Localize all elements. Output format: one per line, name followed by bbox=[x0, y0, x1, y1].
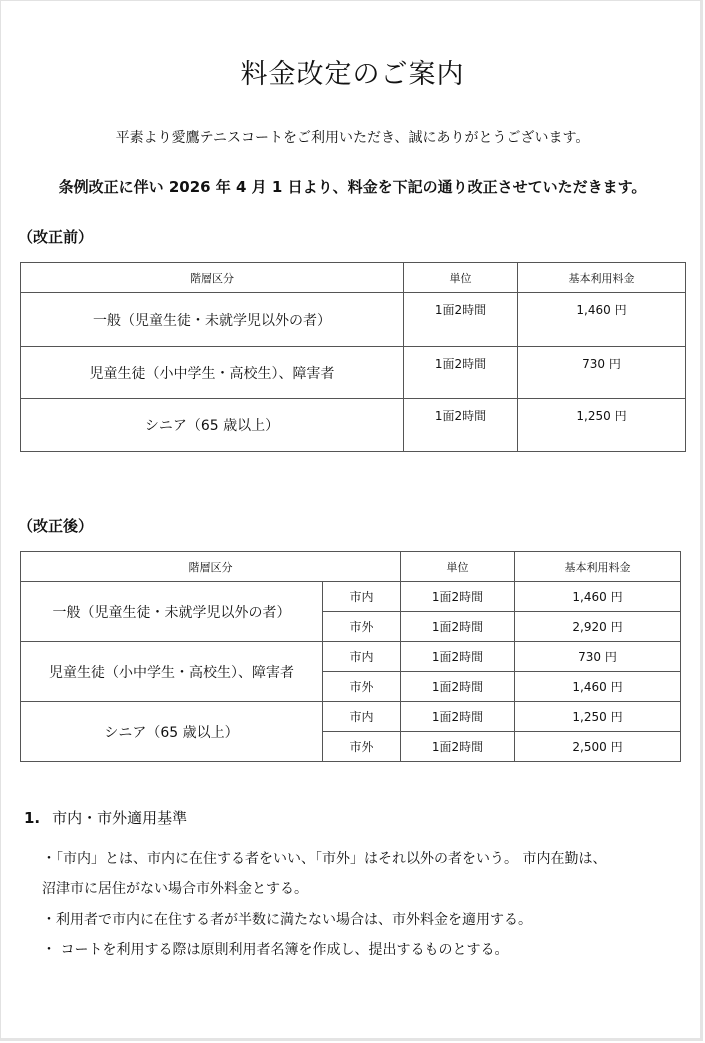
fee-cell: 1,250 円 bbox=[515, 702, 681, 732]
unit-cell: 1面2時間 bbox=[401, 642, 515, 672]
header-fee: 基本利用料金 bbox=[515, 552, 681, 582]
table-row: 一般（児童生徒・未就学児以外の者） 市内 1面2時間 1,460 円 bbox=[21, 582, 681, 612]
category-cell: 児童生徒（小中学生・高校生）、障害者 bbox=[21, 642, 323, 702]
header-category: 階層区分 bbox=[21, 263, 404, 293]
area-cell: 市外 bbox=[323, 732, 401, 762]
table-row: 一般（児童生徒・未就学児以外の者） 1面2時間 1,460 円 bbox=[21, 293, 686, 347]
area-cell: 市内 bbox=[323, 582, 401, 612]
unit-cell: 1面2時間 bbox=[401, 672, 515, 702]
unit-cell: 1面2時間 bbox=[404, 399, 518, 452]
criteria-line: 沼津市に居住がない場合市外料金とする。 bbox=[42, 879, 308, 899]
criteria-heading: 1.市内・市外適用基準 bbox=[24, 807, 187, 828]
category-cell: 一般（児童生徒・未就学児以外の者） bbox=[21, 293, 404, 347]
fee-cell: 1,460 円 bbox=[515, 582, 681, 612]
header-unit: 単位 bbox=[404, 263, 518, 293]
table-row: 児童生徒（小中学生・高校生）、障害者 1面2時間 730 円 bbox=[21, 347, 686, 399]
unit-cell: 1面2時間 bbox=[401, 612, 515, 642]
table-row: シニア（65 歳以上） 市内 1面2時間 1,250 円 bbox=[21, 702, 681, 732]
category-cell: 一般（児童生徒・未就学児以外の者） bbox=[21, 582, 323, 642]
unit-cell: 1面2時間 bbox=[401, 702, 515, 732]
fee-cell: 1,460 円 bbox=[518, 293, 686, 347]
fee-cell: 730 円 bbox=[515, 642, 681, 672]
area-cell: 市内 bbox=[323, 702, 401, 732]
criteria-heading-text: 市内・市外適用基準 bbox=[52, 809, 187, 827]
before-section-label: （改正前） bbox=[18, 226, 93, 247]
fee-cell: 2,500 円 bbox=[515, 732, 681, 762]
after-fee-table: 階層区分 単位 基本利用料金 一般（児童生徒・未就学児以外の者） 市内 1面2時… bbox=[20, 551, 681, 762]
before-fee-table: 階層区分 単位 基本利用料金 一般（児童生徒・未就学児以外の者） 1面2時間 1… bbox=[20, 262, 686, 452]
category-cell: シニア（65 歳以上） bbox=[21, 399, 404, 452]
area-cell: 市外 bbox=[323, 672, 401, 702]
fee-cell: 1,460 円 bbox=[515, 672, 681, 702]
header-unit: 単位 bbox=[401, 552, 515, 582]
unit-cell: 1面2時間 bbox=[401, 732, 515, 762]
header-fee: 基本利用料金 bbox=[518, 263, 686, 293]
revision-notice: 条例改正に伴い 2026 年 4 月 1 日より、料金を下記の通り改正させていた… bbox=[0, 176, 705, 197]
area-cell: 市内 bbox=[323, 642, 401, 672]
category-cell: 児童生徒（小中学生・高校生）、障害者 bbox=[21, 347, 404, 399]
table-header-row: 階層区分 単位 基本利用料金 bbox=[21, 263, 686, 293]
document-title: 料金改定のご案内 bbox=[0, 52, 705, 91]
after-section-label: （改正後） bbox=[18, 515, 93, 536]
fee-cell: 2,920 円 bbox=[515, 612, 681, 642]
unit-cell: 1面2時間 bbox=[404, 347, 518, 399]
fee-cell: 730 円 bbox=[518, 347, 686, 399]
fee-cell: 1,250 円 bbox=[518, 399, 686, 452]
area-cell: 市外 bbox=[323, 612, 401, 642]
header-category: 階層区分 bbox=[21, 552, 401, 582]
criteria-line: ・「市内」とは、市内に在住する者をいい、「市外」はそれ以外の者をいう。 市内在勤… bbox=[42, 849, 606, 869]
criteria-line: ・利用者で市内に在住する者が半数に満たない場合は、市外料金を適用する。 bbox=[42, 910, 532, 930]
table-row: シニア（65 歳以上） 1面2時間 1,250 円 bbox=[21, 399, 686, 452]
table-row: 児童生徒（小中学生・高校生）、障害者 市内 1面2時間 730 円 bbox=[21, 642, 681, 672]
unit-cell: 1面2時間 bbox=[401, 582, 515, 612]
unit-cell: 1面2時間 bbox=[404, 293, 518, 347]
criteria-number: 1. bbox=[24, 809, 40, 827]
criteria-line: ・ コートを利用する際は原則利用者名簿を作成し、提出するものとする。 bbox=[42, 940, 508, 960]
table-header-row: 階層区分 単位 基本利用料金 bbox=[21, 552, 681, 582]
category-cell: シニア（65 歳以上） bbox=[21, 702, 323, 762]
greeting-text: 平素より愛鷹テニスコートをご利用いただき、誠にありがとうございます。 bbox=[0, 127, 705, 147]
